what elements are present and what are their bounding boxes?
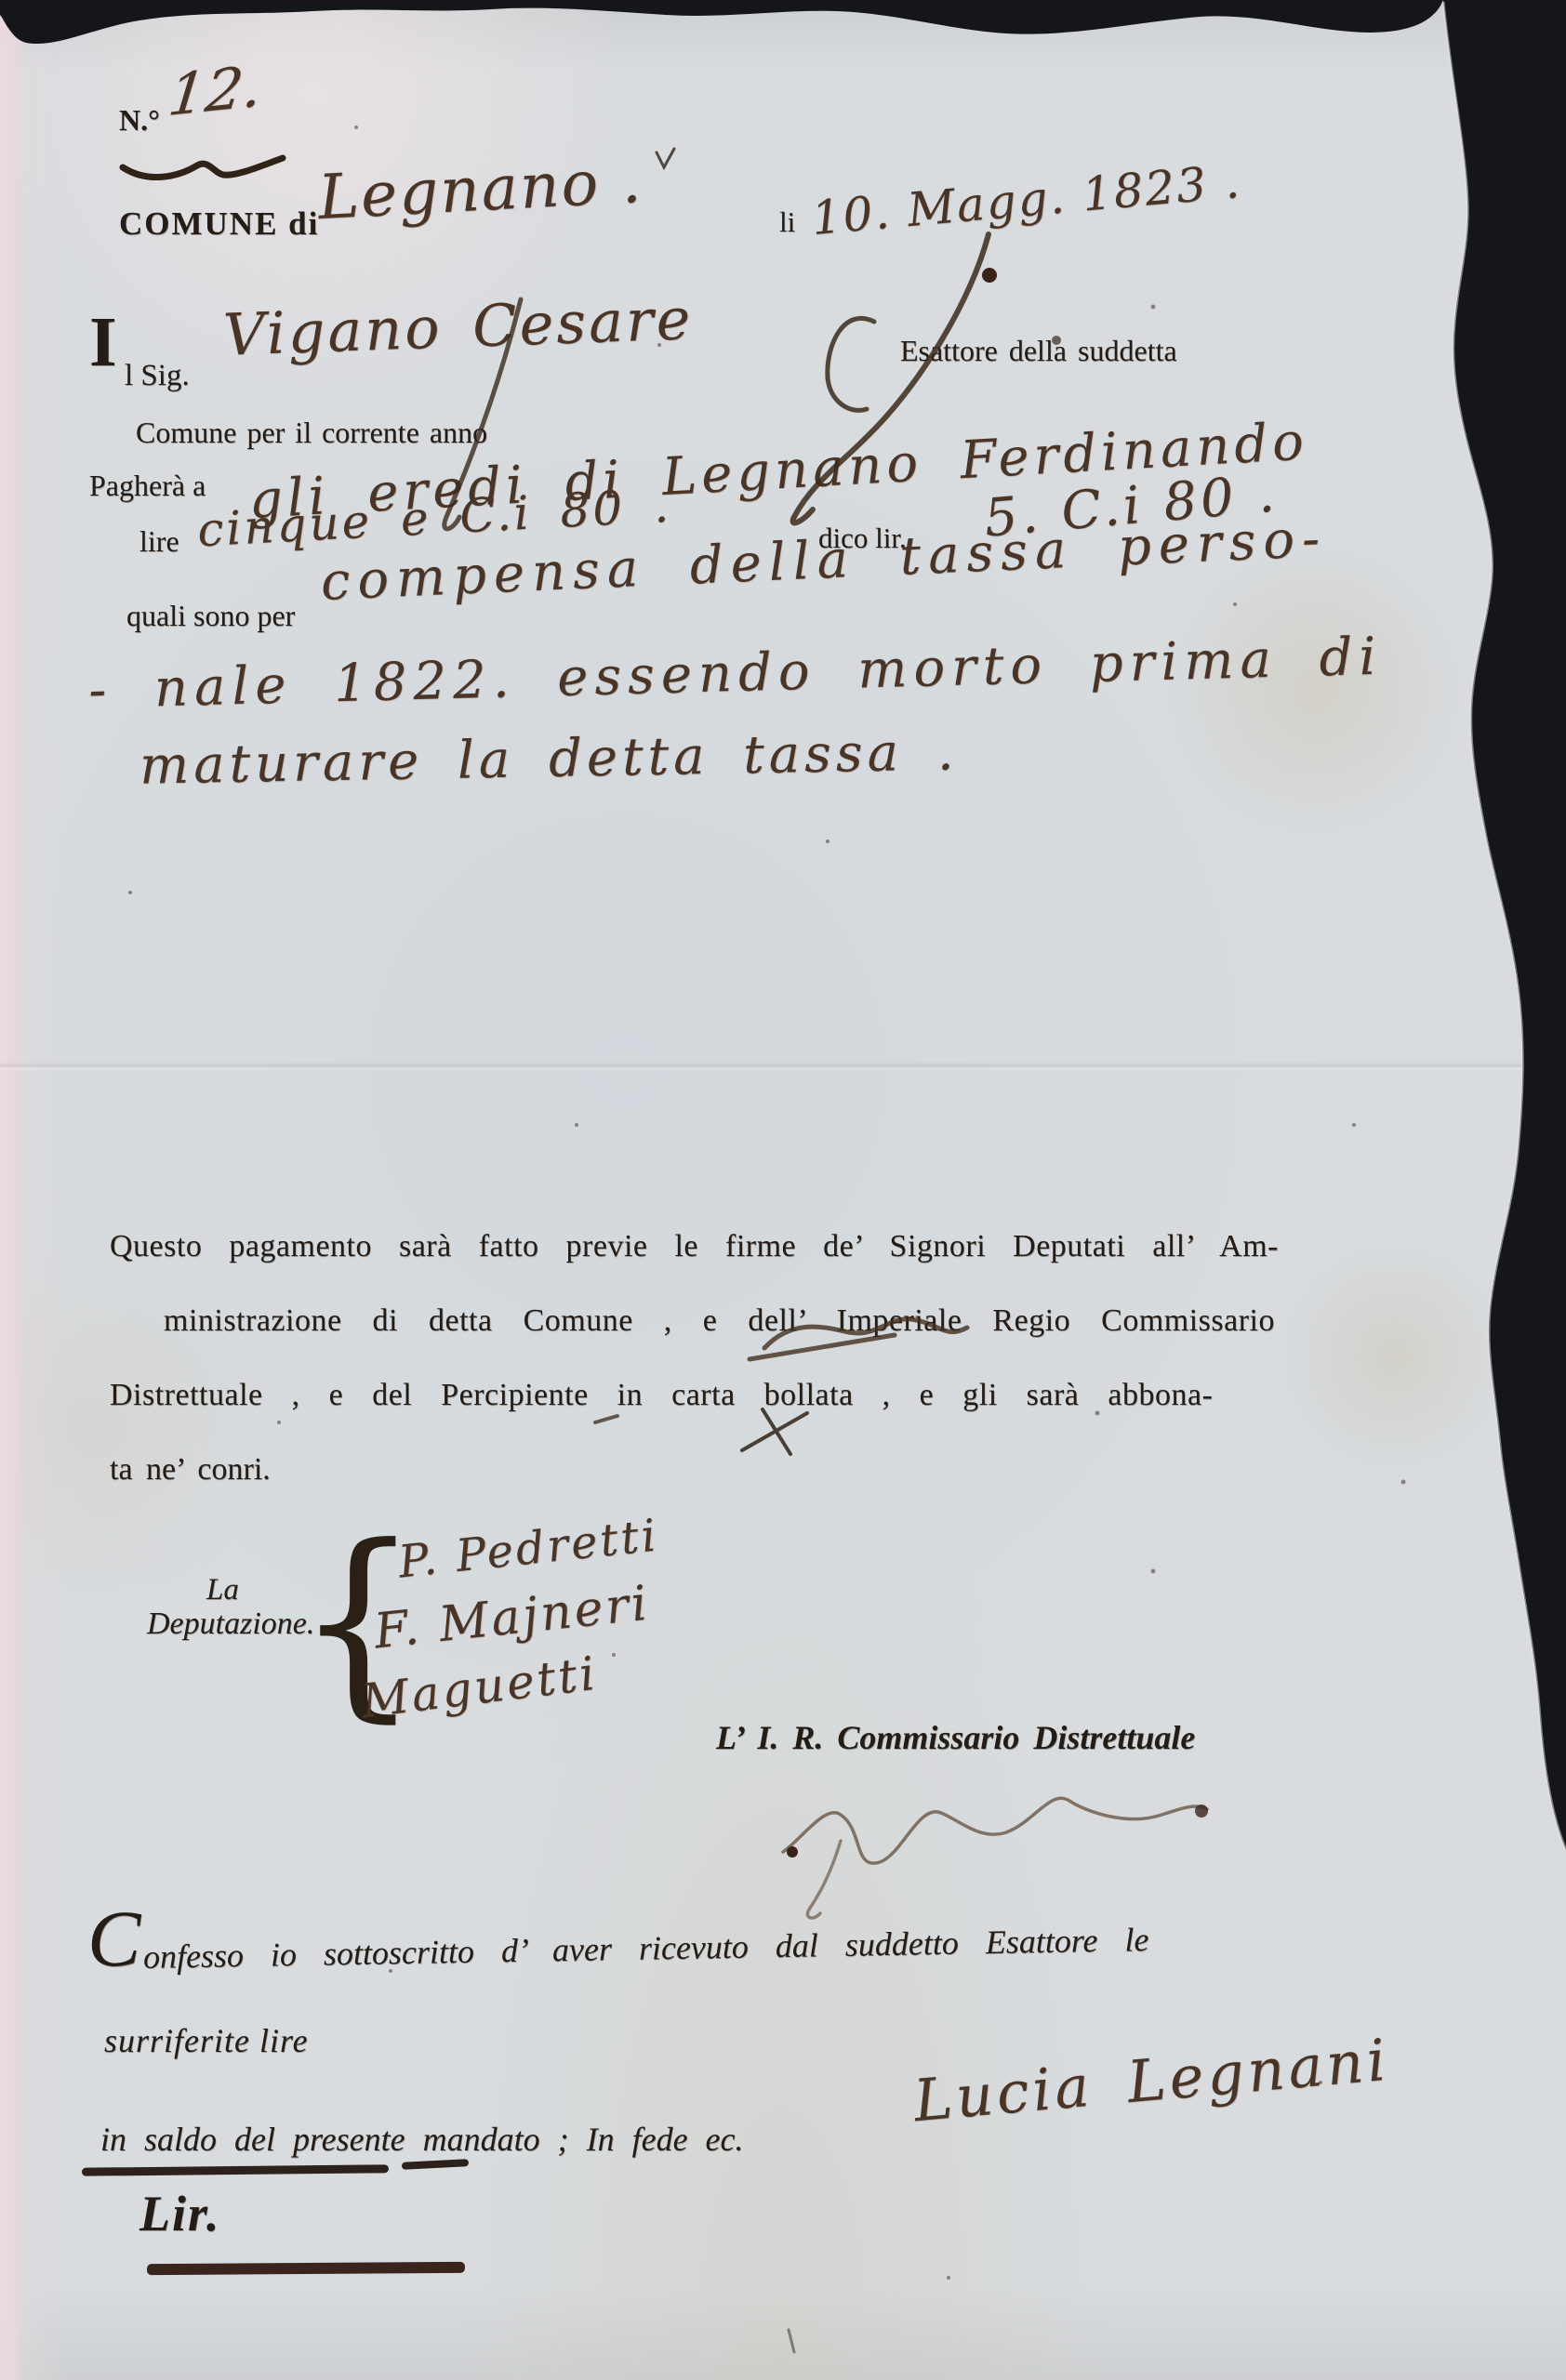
torn-top-edge — [0, 0, 1443, 44]
document-canvas: N.° 12. COMUNE di Legnano . li 10. Magg.… — [0, 0, 1566, 2380]
torn-edge-overlay — [0, 0, 1566, 2380]
